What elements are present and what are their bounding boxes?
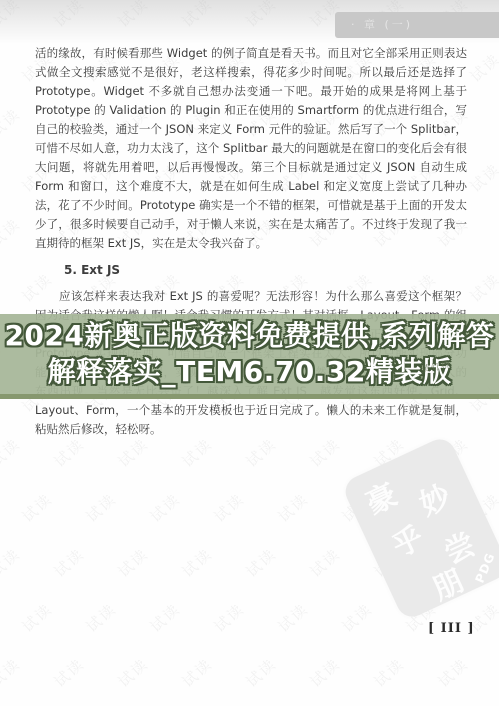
chapter-header-label: · 章 (一) bbox=[351, 18, 413, 31]
watermark-glyph: 试读 bbox=[241, 543, 280, 581]
watermark-glyph: 试读 bbox=[241, 433, 280, 471]
watermark-glyph: 试读 bbox=[145, 598, 184, 636]
watermark-glyph: 试读 bbox=[0, 0, 25, 32]
watermark-glyph: 试读 bbox=[465, 48, 499, 86]
scanned-page: 试读试读试读试读试读试读试读试读试读试读试读试读试读试读试读试读试读试读试读试读… bbox=[0, 0, 499, 706]
watermark-glyph: 试读 bbox=[113, 543, 152, 581]
watermark-glyph: 试读 bbox=[305, 653, 344, 691]
watermark-glyph: 试读 bbox=[81, 598, 120, 636]
seal-calligraphy-glyph: 豪 bbox=[357, 470, 403, 523]
watermark-glyph: 试读 bbox=[0, 103, 25, 141]
watermark-glyph: 试读 bbox=[49, 653, 88, 691]
watermark-glyph: 试读 bbox=[145, 488, 184, 526]
watermark-glyph: 试读 bbox=[17, 488, 56, 526]
watermark-glyph: 试读 bbox=[0, 213, 25, 251]
watermark-glyph: 试读 bbox=[113, 433, 152, 471]
watermark-glyph: 试读 bbox=[49, 433, 88, 471]
overlay-banner: 2024新奥正版资料免费提供,系列解答 解释落实_TEM6.70.32精装版 黄… bbox=[0, 314, 499, 399]
watermark-glyph: 试读 bbox=[273, 488, 312, 526]
watermark-glyph: 试读 bbox=[433, 653, 472, 691]
watermark-glyph: 试读 bbox=[0, 433, 25, 471]
seal-calligraphy-glyph: 乎 bbox=[384, 513, 430, 566]
watermark-glyph: 试读 bbox=[177, 543, 216, 581]
page-number: [ III ] bbox=[428, 621, 475, 636]
watermark-glyph: 试读 bbox=[273, 598, 312, 636]
watermark-glyph: 试读 bbox=[241, 653, 280, 691]
watermark-glyph: 试读 bbox=[0, 543, 25, 581]
watermark-glyph: 试读 bbox=[369, 653, 408, 691]
watermark-glyph: 试读 bbox=[465, 268, 499, 306]
watermark-glyph: 试读 bbox=[113, 0, 152, 32]
section-heading: 5. Ext JS bbox=[35, 261, 467, 280]
watermark-glyph: 试读 bbox=[0, 653, 25, 691]
paragraph: 活的缘故，有时候看那些 Widget 的例子简直是看天书。而且对它全部采用正则表… bbox=[35, 44, 467, 253]
watermark-glyph: 试读 bbox=[337, 598, 376, 636]
watermark-glyph: 试读 bbox=[49, 0, 88, 32]
banner-line-1: 2024新奥正版资料免费提供,系列解答 bbox=[0, 318, 499, 354]
watermark-glyph: 试读 bbox=[113, 653, 152, 691]
watermark-glyph: 试读 bbox=[177, 653, 216, 691]
watermark-glyph: 试读 bbox=[241, 0, 280, 32]
watermark-glyph: 试读 bbox=[305, 433, 344, 471]
watermark-glyph: 试读 bbox=[305, 543, 344, 581]
chapter-header-tab: · 章 (一) bbox=[335, 12, 499, 38]
watermark-glyph: 试读 bbox=[209, 598, 248, 636]
watermark-glyph: 试读 bbox=[49, 543, 88, 581]
watermark-glyph: 试读 bbox=[81, 488, 120, 526]
watermark-glyph: 试读 bbox=[177, 433, 216, 471]
seal-calligraphy-glyph: 妙 bbox=[411, 472, 457, 525]
watermark-glyph: 试读 bbox=[209, 488, 248, 526]
watermark-glyph: 试读 bbox=[17, 598, 56, 636]
watermark-glyph: 试读 bbox=[177, 0, 216, 32]
watermark-glyph: 试读 bbox=[465, 158, 499, 196]
